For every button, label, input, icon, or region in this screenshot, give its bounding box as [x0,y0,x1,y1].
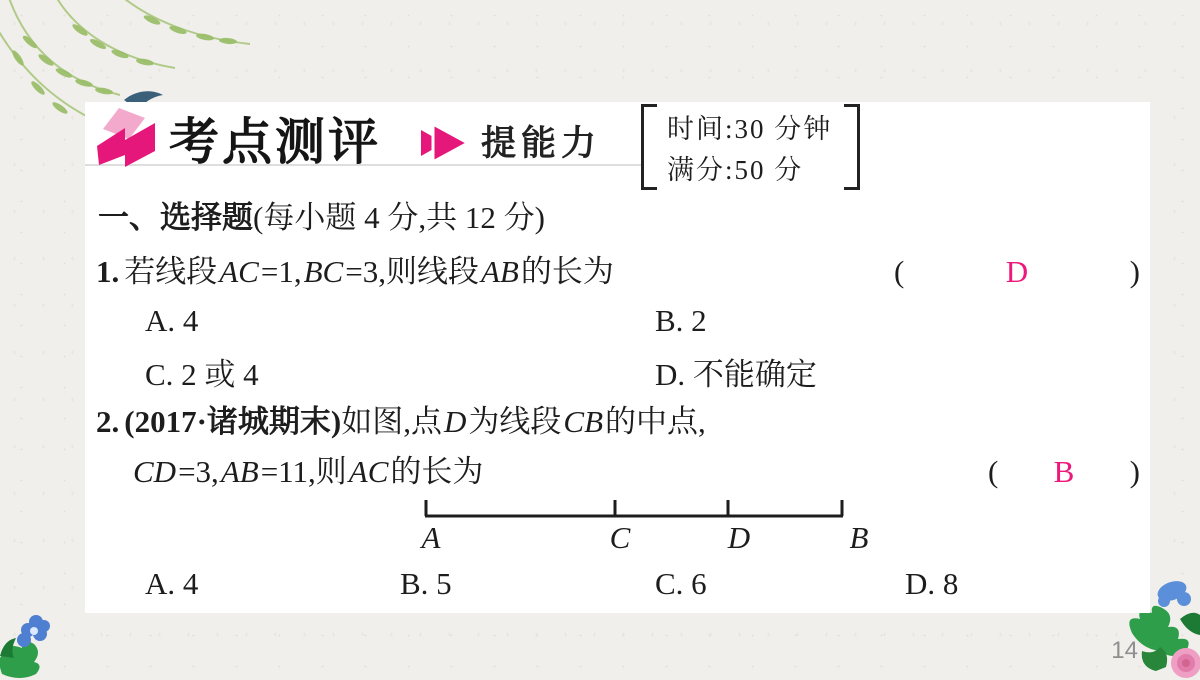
paren-close: ) [1130,449,1140,495]
option-d: D. 8 [905,566,958,602]
time-score-box: 时间:30 分钟 满分:50 分 [641,104,860,190]
q1-options-row-1: A. 4 B. 2 [85,303,1150,349]
question-text: =11,则 [261,449,347,495]
q1-options-row-2: C. 2 或 4 D. 不能确定 [85,349,1150,395]
section-title: 一、选择题 [98,200,253,235]
paren-open: ( [988,449,998,495]
page-number: 14 [1111,637,1138,665]
right-bracket [844,104,860,190]
question-number: 2. [96,399,119,445]
q2-options-row: A. 4 B. 5 C. 6 D. 8 [85,566,1150,612]
paren-close: ) [1130,249,1140,295]
math-var: CD [131,449,178,495]
answer-blank: ( B ) [988,449,1140,495]
option-c: C. 6 [655,566,707,602]
flower-decoration-icon [0,604,62,680]
math-var: AB [219,449,261,495]
math-var: CB [561,399,605,445]
question-text: 若线段 [124,249,217,295]
question-1: 1. 若线段 AC=1,BC=3,则线段 AB 的长为 ( D ) [96,249,1140,295]
option-a: A. 4 [145,566,198,602]
question-text: 的长为 [521,249,614,295]
question-text: =3, [178,449,219,495]
option-d: D. 不能确定 [655,349,817,394]
question-2-line-1: 2. (2017·诸城期末)如图,点 D 为线段 CB 的中点, [96,399,1140,445]
point-label-d: D [727,520,750,554]
option-c: C. 2 或 4 [145,349,259,394]
math-var: D [442,399,468,445]
question-2-line-2: CD=3,AB=11,则 AC 的长为 ( B ) [131,449,1140,495]
question-text: =3,则线段 [345,249,479,295]
time-limit: 时间:30 分钟 [667,107,832,146]
slide: 考点测评 提能力 时间:30 分钟 满分:50 分 一、选择题(每小题 4 分,… [0,0,1200,680]
question-text: 为线段 [468,399,561,445]
question-source: (2017·诸城期末) [124,399,341,445]
full-score: 满分:50 分 [667,148,832,187]
header-subtitle: 提能力 [481,116,601,166]
content-panel: 考点测评 提能力 时间:30 分钟 满分:50 分 一、选择题(每小题 4 分,… [85,102,1150,613]
paren-open: ( [894,249,904,295]
question-text: =1, [261,249,302,295]
math-var: AC [217,249,261,295]
answer-letter: B [1054,449,1075,495]
question-text: 如图,点 [341,399,442,445]
logo-folded-arrow-icon [95,106,165,172]
option-a: A. 4 [145,303,198,339]
page-title: 考点测评 [169,102,381,174]
option-b: B. 2 [655,303,707,339]
point-label-a: A [420,520,442,554]
answer-letter: D [1006,249,1028,295]
segment-figure: A C D B [415,490,895,554]
math-var: BC [302,249,346,295]
point-label-c: C [610,520,631,554]
question-text: 的中点, [605,399,706,445]
math-var: AB [479,249,521,295]
math-var: AC [347,449,391,495]
section-note: (每小题 4 分,共 12 分) [253,200,545,235]
left-bracket [641,104,657,190]
answer-blank: ( D ) [894,249,1140,295]
point-label-b: B [850,520,869,554]
section-heading: 一、选择题(每小题 4 分,共 12 分) [98,195,545,241]
question-text: 的长为 [390,449,483,495]
double-chevron-right-icon [421,122,473,164]
question-number: 1. [96,249,119,295]
option-b: B. 5 [400,566,452,602]
